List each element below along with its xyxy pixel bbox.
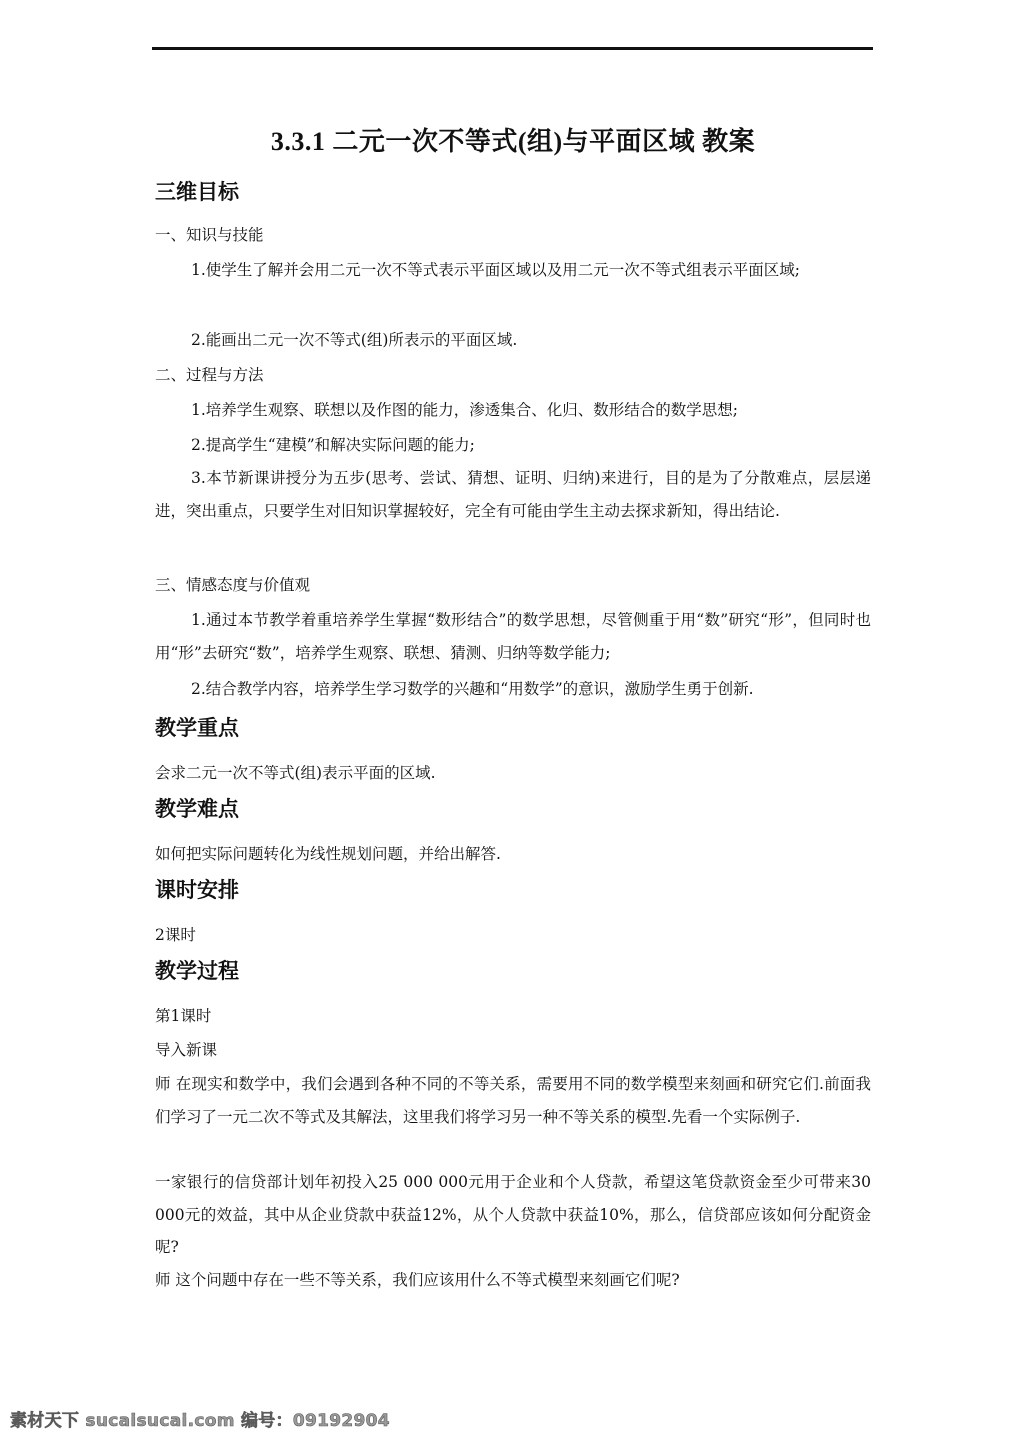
subheading-knowledge-skills: 一、知识与技能	[155, 223, 264, 247]
document-title: 3.3.1 二元一次不等式(组)与平面区域 教案	[155, 124, 871, 160]
goal-attitude-item-1: 1.通过本节教学着重培养学生掌握“数形结合”的数学思想，尽管侧重于用“数”研究“…	[155, 604, 871, 669]
goal-process-item-3: 3.本节新课讲授分为五步(思考、尝试、猜想、证明、归纳)来进行，目的是为了分散难…	[155, 462, 871, 527]
intro-heading: 导入新课	[155, 1038, 217, 1062]
watermark: 素材天下 sucaisucai.com 编号：09192904	[10, 1406, 390, 1431]
difficulties-text: 如何把实际问题转化为线性规划问题，并给出解答.	[155, 842, 501, 866]
goal-process-item-1: 1.培养学生观察、联想以及作图的能力，渗透集合、化归、数形结合的数学思想;	[155, 394, 871, 427]
process-paragraph-1: 师 在现实和数学中，我们会遇到各种不同的不等关系，需要用不同的数学模型来刻画和研…	[155, 1068, 871, 1133]
goal-attitude-item-2: 2.结合教学内容，培养学生学习数学的兴趣和“用数学”的意识，激励学生勇于创新.	[155, 673, 871, 706]
header-rule	[152, 47, 873, 50]
lesson-label: 第1课时	[155, 1004, 211, 1028]
section-heading-difficulties: 教学难点	[155, 794, 239, 824]
process-paragraph-2: 一家银行的信贷部计划年初投入25 000 000元用于企业和个人贷款，希望这笔贷…	[155, 1166, 871, 1264]
section-heading-key-points: 教学重点	[155, 713, 239, 743]
goal-process-item-2: 2.提高学生“建模”和解决实际问题的能力;	[155, 429, 871, 462]
schedule-text: 2课时	[155, 923, 196, 947]
goal-knowledge-item-2: 2.能画出二元一次不等式(组)所表示的平面区域.	[155, 324, 871, 357]
key-points-text: 会求二元一次不等式(组)表示平面的区域.	[155, 761, 436, 785]
process-paragraph-3: 师 这个问题中存在一些不等关系，我们应该用什么不等式模型来刻画它们呢?	[155, 1264, 871, 1297]
subheading-attitude-values: 三、情感态度与价值观	[155, 573, 310, 597]
goal-knowledge-item-1: 1.使学生了解并会用二元一次不等式表示平面区域以及用二元一次不等式组表示平面区域…	[155, 254, 871, 287]
section-heading-process: 教学过程	[155, 956, 239, 986]
subheading-process-method: 二、过程与方法	[155, 363, 264, 387]
section-heading-goals: 三维目标	[155, 177, 239, 207]
section-heading-schedule: 课时安排	[155, 875, 239, 905]
